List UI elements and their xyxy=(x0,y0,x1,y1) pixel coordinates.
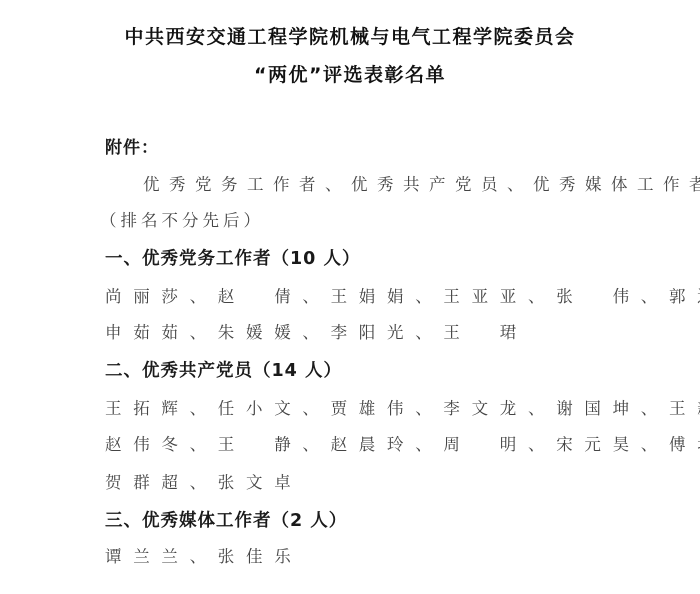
document-page: 中共西安交通工程学院机械与电气工程学院委员会 “两优”评选表彰名单 附件： 优秀… xyxy=(0,0,700,594)
name-list-line: 贺群超、张文卓 xyxy=(105,471,302,495)
section-heading-party-members: 二、优秀共产党员（14 人） xyxy=(105,359,342,383)
document-title: 中共西安交通工程学院机械与电气工程学院委员会 xyxy=(0,22,700,49)
name-list-line: 赵伟冬、王 静、赵晨玲、周 明、宋元昊、傅培基 xyxy=(105,433,700,457)
intro-text: 优秀党务工作者、优秀共产党员、优秀媒体工作者 xyxy=(143,173,700,197)
ranking-note: （排名不分先后） xyxy=(100,209,264,233)
document-subtitle: “两优”评选表彰名单 xyxy=(0,60,700,87)
name-list-line: 申茹茹、朱媛媛、李阳光、王 珺 xyxy=(105,321,528,345)
name-list-line: 王拓辉、任小文、贾雄伟、李文龙、谢国坤、王新焕 xyxy=(105,397,700,421)
section-heading-party-workers: 一、优秀党务工作者（10 人） xyxy=(105,247,360,271)
name-list-line: 尚丽莎、赵 倩、王娟娟、王亚亚、张 伟、郭迎辉 xyxy=(105,285,700,309)
section-heading-media-workers: 三、优秀媒体工作者（2 人） xyxy=(105,509,347,533)
attachment-label: 附件： xyxy=(105,136,159,160)
name-list-line: 谭兰兰、张佳乐 xyxy=(105,545,302,569)
